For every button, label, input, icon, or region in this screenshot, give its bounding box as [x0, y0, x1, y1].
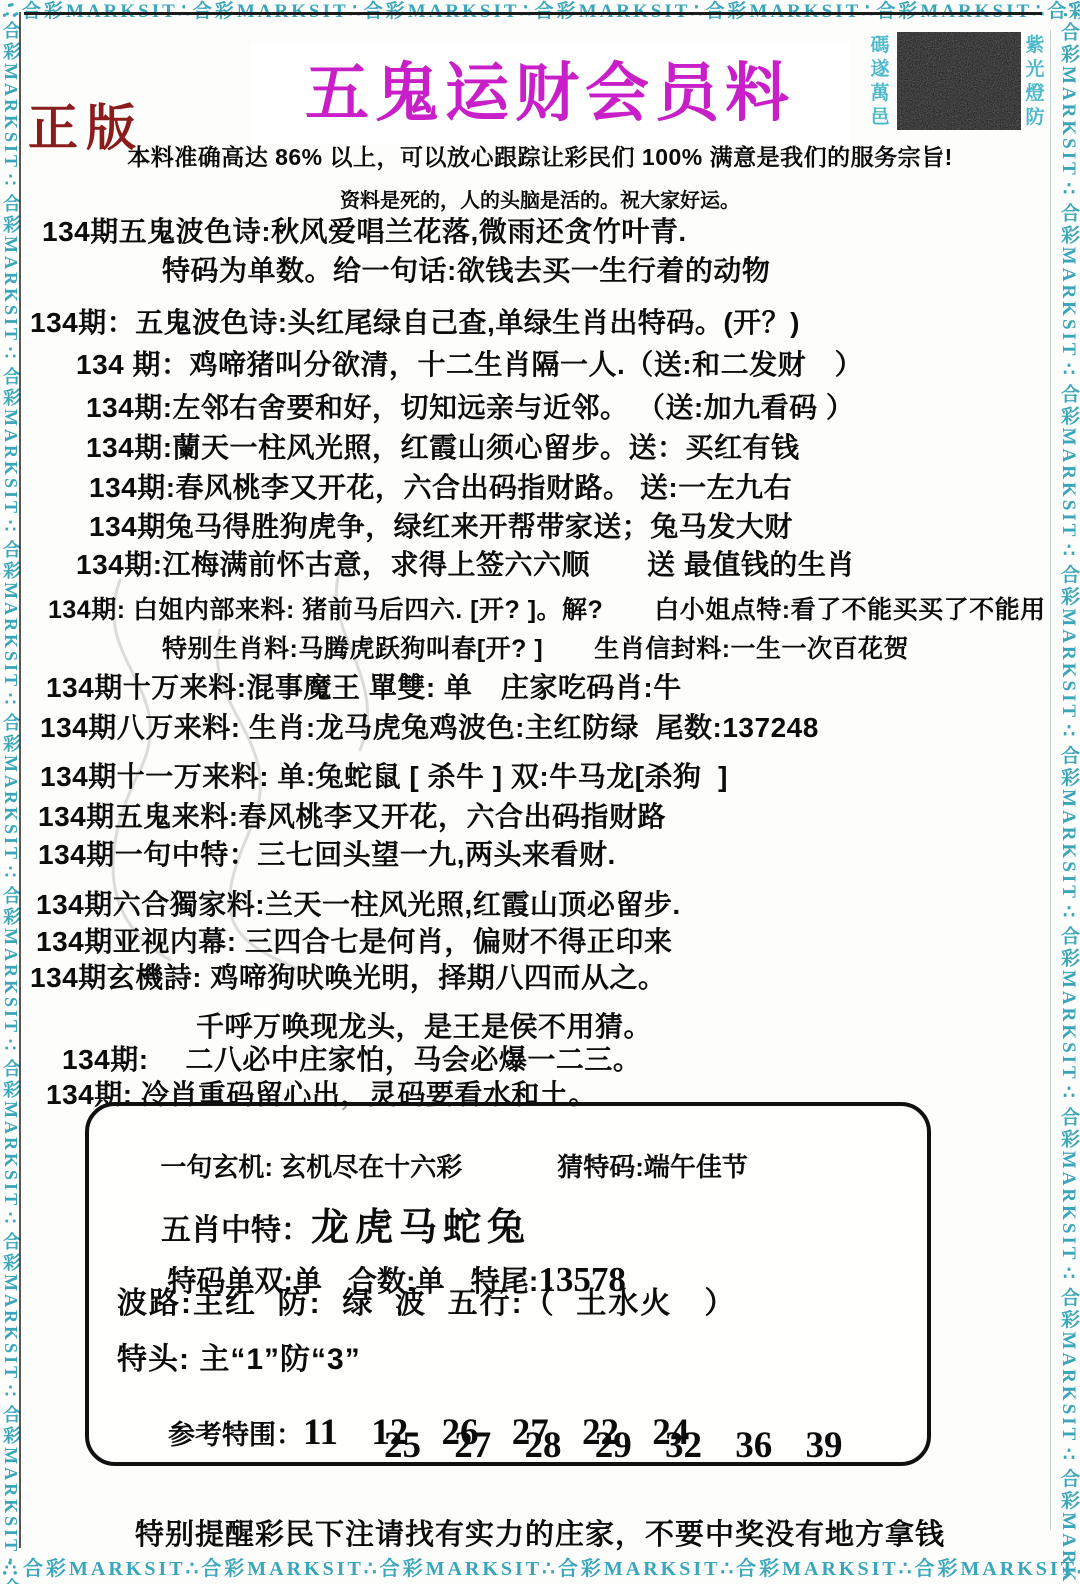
reference-label: 参考特围： — [168, 1420, 303, 1450]
noise-square-graphic — [897, 32, 1021, 130]
frame-line-left — [19, 12, 21, 1548]
black-stamp-square — [897, 32, 1021, 130]
content-line: 134期兔马得胜狗虎争，绿红来开帮带家送；兔马发大财 — [89, 505, 793, 545]
content-line: 134期:江梅满前怀古意，求得上签六六顺 送 最值钱的生肖 — [76, 543, 855, 583]
content-line: 134期十万来料:混事魔王 單雙: 单 庄家吃码肖:牛 — [46, 666, 682, 706]
content-line: 特别生肖料:马腾虎跃狗叫春[开? ] 生肖信封料:一生一次百花贺 — [162, 629, 909, 665]
content-line: 134期: 二八必中庄家怕，马会必爆一二三。 — [62, 1038, 641, 1078]
summary-box: 一句玄机: 玄机尽在十六彩猜特码:端午佳节 五肖中特：龙虎马蛇兔 特码单双:单合… — [85, 1102, 931, 1466]
wave-road-row: 波路:主红 防: 绿 波 五行:（ 土水火 ） — [117, 1278, 736, 1322]
content-line: 134期亚视内幕: 三四合七是何肖，偏财不得正印来 — [36, 920, 672, 960]
content-line: 134期十一万来料: 单:兔蛇鼠 [ 杀牛 ] 双:牛马龙[杀狗 ] — [40, 755, 728, 795]
footer-warning: 特别提醒彩民下注请找有实力的庄家，不要中奖没有地方拿钱 — [70, 1512, 1010, 1553]
content-line: 134期:左邻右舍要和好，切知远亲与近邻。 （送:加九看码 ） — [86, 386, 854, 426]
content-line: 134期一句中特：三七回头望一九,两头来看财. — [38, 833, 616, 873]
guess-special: 猜特码:端午佳节 — [557, 1152, 748, 1182]
border-pattern-bottom: ∴合彩MARKSIT∴合彩MARKSIT∴合彩MARKSIT∴合彩MARKSIT… — [0, 1556, 1080, 1584]
accuracy-claim: 本料准确高达 86% 以上，可以放心跟踪让彩民们 100% 满意是我们的服务宗旨… — [60, 139, 1020, 172]
border-pattern-left: ∴合彩MARKSIT∴合彩MARKSIT∴合彩MARKSIT∴合彩MARKSIT… — [0, 0, 20, 1584]
motto-line: 资料是死的，人的头脑是活的。祝大家好运。 — [60, 184, 1020, 213]
stamp-text-left: 碼遂萬邑 — [868, 34, 892, 130]
content-line: 特码为单数。给一句话:欲钱去买一生行着的动物 — [162, 249, 770, 289]
frame-line-right — [1050, 30, 1051, 1530]
content-line: 134 期：鸡啼猪叫分欲清，十二生肖隔一人.（送:和二发财 ） — [76, 343, 863, 383]
stamp-text-right: 紫光燈防 — [1023, 34, 1047, 130]
special-head-row: 特头: 主“1”防“3” — [117, 1334, 361, 1378]
content-line: 134期:蘭天一柱风光照，红霞山须心留步。送：买红有钱 — [86, 426, 800, 466]
content-line: 134期五鬼波色诗:秋风爱唱兰花落,微雨还贪竹叶青. — [42, 210, 687, 250]
content-line: 134期玄機詩: 鸡啼狗吠唤光明，择期八四而从之。 — [30, 956, 666, 996]
content-line: 134期八万来料: 生肖:龙马虎兔鸡波色:主红防绿 尾数:137248 — [40, 706, 819, 746]
content-line: 134期：五鬼波色诗:头红尾绿自己查,单绿生肖出特码。(开？) — [30, 301, 800, 341]
page-title: 五鬼运财会员料 — [250, 42, 850, 144]
content-line: 134期五鬼来料:春风桃李又开花，六合出码指财路 — [38, 795, 666, 835]
frame-line-top — [24, 12, 1042, 15]
border-pattern-right: ∴合彩MARKSIT∴合彩MARKSIT∴合彩MARKSIT∴合彩MARKSIT… — [1054, 0, 1080, 1584]
content-line: 134期:春风桃李又开花，六合出码指财路。 送:一左九右 — [89, 466, 792, 506]
tip-sheet-page: ∴合彩MARKSIT∴合彩MARKSIT∴合彩MARKSIT∴合彩MARKSIT… — [0, 0, 1080, 1584]
reference-numbers-line2: 25 27 28 29 32 36 39 — [384, 1424, 843, 1467]
content-line: 134期六合獨家料:兰天一柱风光照,红霞山顶必留步. — [36, 883, 681, 923]
content-line: 134期: 白姐内部来料: 猪前马后四六. [开? ]。解? 白小姐点特:看了不… — [48, 590, 1046, 626]
